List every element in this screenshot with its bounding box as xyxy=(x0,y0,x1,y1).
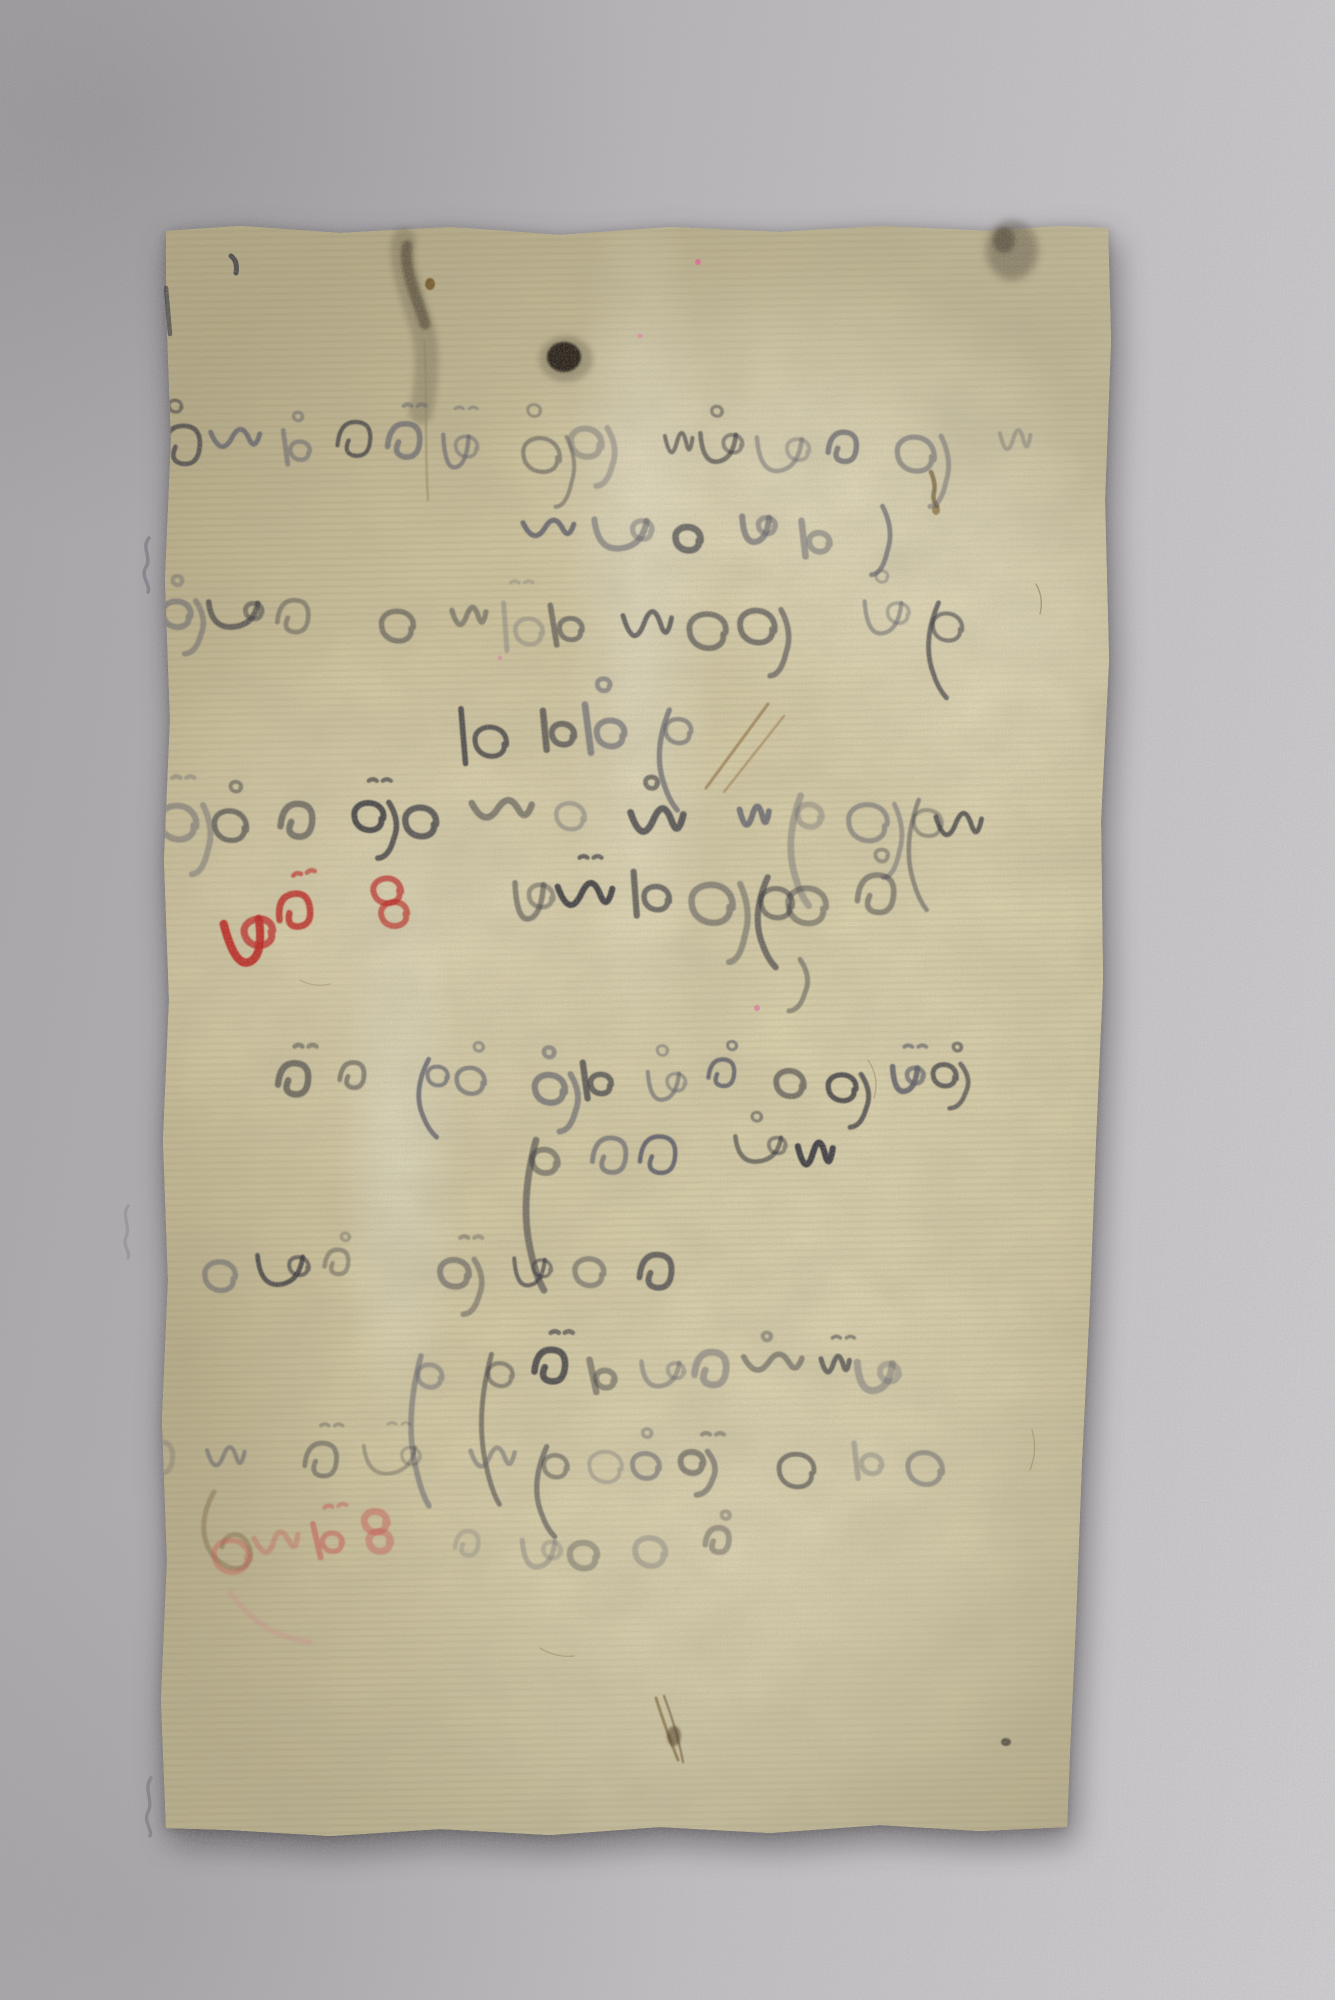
handwriting-layer xyxy=(0,0,1335,2000)
manuscript-photo xyxy=(0,0,1335,2000)
photo-grain xyxy=(0,0,1335,2000)
